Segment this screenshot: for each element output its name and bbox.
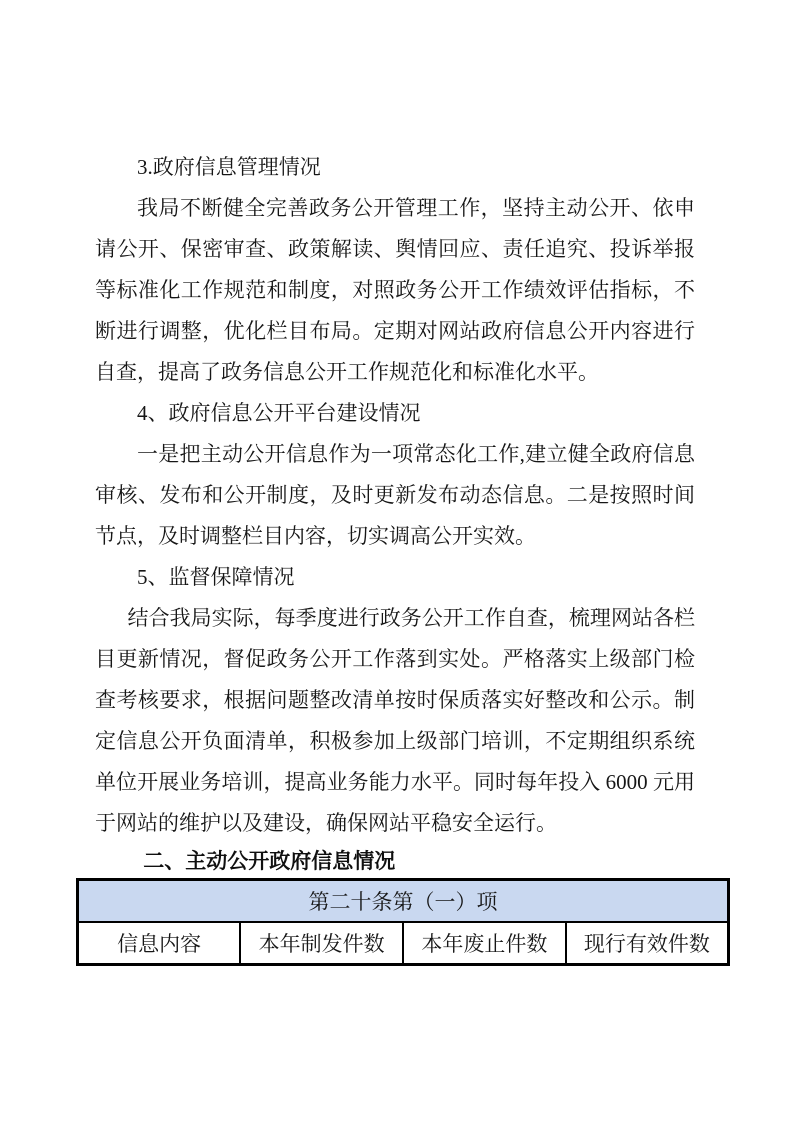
disclosure-statistics-table: 第二十条第（一）项 信息内容 本年制发件数 本年废止件数 现行有效件数: [76, 878, 730, 966]
document-content: 3.政府信息管理情况 我局不断健全完善政务公开管理工作，坚持主动公开、依申请公开…: [95, 147, 695, 966]
column-header-info-content: 信息内容: [78, 922, 241, 965]
table-header-row: 信息内容 本年制发件数 本年废止件数 现行有效件数: [78, 922, 729, 965]
section-heading-info-management: 3.政府信息管理情况: [95, 147, 695, 188]
section-heading-platform-construction: 4、政府信息公开平台建设情况: [95, 393, 695, 434]
column-header-issued-this-year: 本年制发件数: [240, 922, 403, 965]
table-title-row: 第二十条第（一）项: [78, 880, 729, 923]
column-header-repealed-this-year: 本年废止件数: [403, 922, 566, 965]
section-heading-supervision: 5、监督保障情况: [95, 557, 695, 598]
column-header-currently-valid: 现行有效件数: [566, 922, 729, 965]
table-title-cell: 第二十条第（一）项: [78, 880, 729, 923]
document-page: 3.政府信息管理情况 我局不断健全完善政务公开管理工作，坚持主动公开、依申请公开…: [0, 0, 793, 1122]
part2-heading-proactive-disclosure: 二、主动公开政府信息情况: [95, 844, 695, 875]
paragraph-supervision: 结合我局实际，每季度进行政务公开工作自查，梳理网站各栏目更新情况，督促政务公开工…: [95, 598, 695, 844]
paragraph-platform-construction: 一是把主动公开信息作为一项常态化工作,建立健全政府信息审核、发布和公开制度，及时…: [95, 434, 695, 557]
paragraph-info-management: 我局不断健全完善政务公开管理工作，坚持主动公开、依申请公开、保密审查、政策解读、…: [95, 188, 695, 393]
